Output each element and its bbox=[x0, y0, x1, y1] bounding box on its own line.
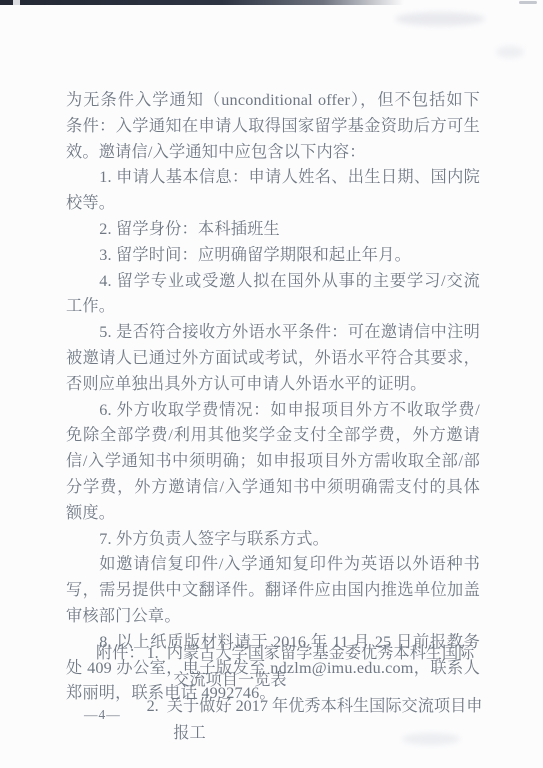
attachment-item-text: 内蒙古大学国家留学基金委优秀本科生国际交流项目一览表 bbox=[167, 644, 475, 689]
document-body: 为无条件入学通知（unconditional offer），但不包括如下条件：入… bbox=[66, 88, 480, 707]
scan-smudge bbox=[395, 12, 485, 26]
page-number: —4— bbox=[84, 707, 121, 723]
list-item-5: 5. 是否符合接收方外语水平条件：可在邀请信中注明被邀请人已通过外方面试或考试，… bbox=[66, 320, 480, 397]
list-item-7: 7. 外方负责人签字与联系方式。 bbox=[66, 527, 480, 553]
attachment-item-number: 2. bbox=[147, 697, 159, 715]
attachment-item-number: 1. bbox=[147, 644, 159, 662]
list-item-3: 3. 留学时间：应明确留学期限和起止年月。 bbox=[66, 243, 480, 269]
paragraph-intro-continuation: 为无条件入学通知（unconditional offer），但不包括如下条件：入… bbox=[66, 88, 480, 165]
attachment-item-2: 2.关于做好 2017 年优秀本科生国际交流项目申报工 bbox=[147, 693, 488, 746]
list-item-2: 2. 留学身份：本科插班生 bbox=[66, 217, 480, 243]
attachments-label: 附件： bbox=[96, 640, 145, 667]
list-item-4: 4. 留学专业或受邀人拟在国外从事的主要学习/交流工作。 bbox=[66, 269, 480, 321]
scan-smudge bbox=[496, 46, 524, 58]
attachment-item-1: 1.内蒙古大学国家留学基金委优秀本科生国际交流项目一览表 bbox=[147, 640, 488, 693]
attachments-list: 1.内蒙古大学国家留学基金委优秀本科生国际交流项目一览表 2.关于做好 2017… bbox=[147, 640, 488, 746]
scanned-document-page: 为无条件入学通知（unconditional offer），但不包括如下条件：入… bbox=[0, 0, 543, 768]
scan-edge-dash bbox=[519, 1, 537, 4]
scan-edge-notch bbox=[13, 0, 20, 6]
attachment-item-text: 关于做好 2017 年优秀本科生国际交流项目申报工 bbox=[167, 697, 483, 742]
list-item-1: 1. 申请人基本信息：申请人姓名、出生日期、国内院校等。 bbox=[66, 165, 480, 217]
attachments-section: 附件： 1.内蒙古大学国家留学基金委优秀本科生国际交流项目一览表 2.关于做好 … bbox=[96, 640, 488, 746]
list-item-6: 6. 外方收取学费情况：如申报项目外方不收取学费/免除全部学费/利用其他奖学金支… bbox=[66, 398, 480, 527]
scan-edge-band bbox=[0, 0, 404, 5]
paragraph-translation-note: 如邀请信复印件/入学通知复印件为英语以外语种书写，需另提供中文翻译件。翻译件应由… bbox=[66, 552, 480, 629]
